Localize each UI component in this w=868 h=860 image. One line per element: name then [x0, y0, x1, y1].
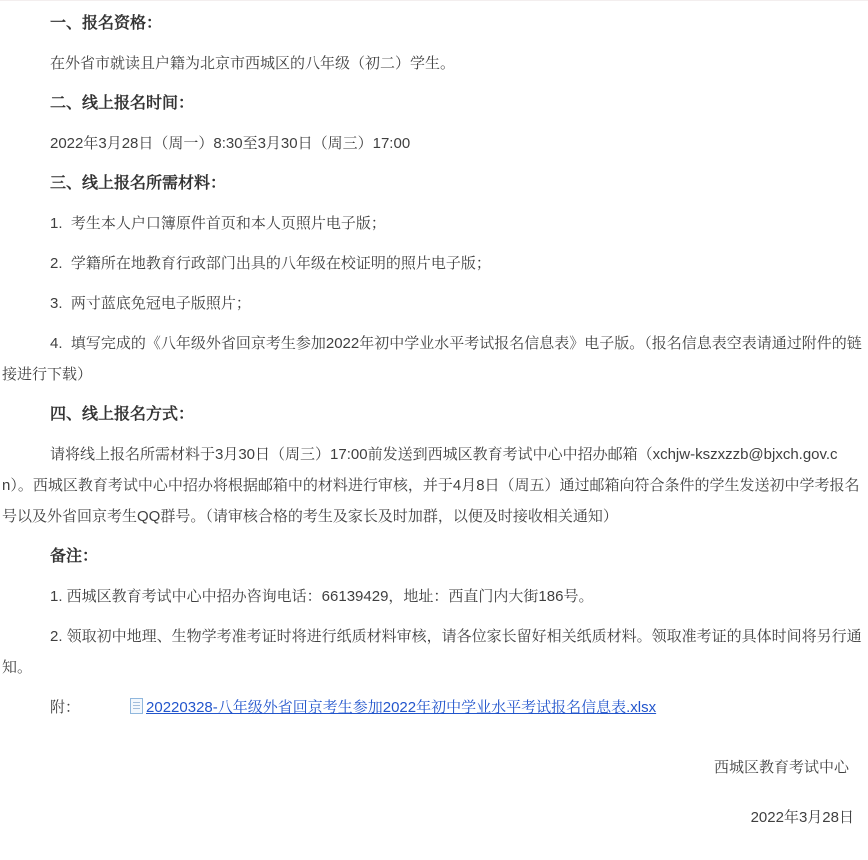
section-1-heading: 一、报名资格：	[2, 8, 862, 39]
material-item-4: 4. 填写完成的《八年级外省回京考生参加2022年初中学业水平考试报名信息表》电…	[2, 328, 862, 390]
signature-date: 2022年3月28日	[2, 802, 862, 833]
file-document-icon	[82, 692, 143, 723]
signature-org: 西城区教育考试中心	[2, 752, 862, 783]
section-4-body: 请将线上报名所需材料于3月30日（周三）17:00前发送到西城区教育考试中心中招…	[2, 439, 862, 532]
material-item-3: 3. 两寸蓝底免冠电子版照片；	[2, 288, 862, 319]
announcement-document: 一、报名资格： 在外省市就读且户籍为北京市西城区的八年级（初二）学生。 二、线上…	[0, 0, 868, 860]
notes-heading: 备注：	[2, 541, 862, 572]
attachment-line: 附：20220328-八年级外省回京考生参加2022年初中学业水平考试报名信息表…	[2, 692, 862, 723]
material-item-1: 1. 考生本人户口簿原件首页和本人页照片电子版；	[2, 208, 862, 239]
note-item-1: 1. 西城区教育考试中心中招办咨询电话：66139429，地址：西直门内大街18…	[2, 581, 862, 612]
attachment-label: 附：	[50, 699, 80, 716]
section-2-body: 2022年3月28日（周一）8:30至3月30日（周三）17:00	[2, 128, 862, 159]
attachment-link[interactable]: 20220328-八年级外省回京考生参加2022年初中学业水平考试报名信息表.x…	[146, 699, 656, 716]
section-4-heading: 四、线上报名方式：	[2, 399, 862, 430]
material-item-2: 2. 学籍所在地教育行政部门出具的八年级在校证明的照片电子版；	[2, 248, 862, 279]
section-3-heading: 三、线上报名所需材料：	[2, 168, 862, 199]
note-item-2: 2. 领取初中地理、生物学考准考证时将进行纸质材料审核，请各位家长留好相关纸质材…	[2, 621, 862, 683]
section-1-body: 在外省市就读且户籍为北京市西城区的八年级（初二）学生。	[2, 48, 862, 79]
section-2-heading: 二、线上报名时间：	[2, 88, 862, 119]
